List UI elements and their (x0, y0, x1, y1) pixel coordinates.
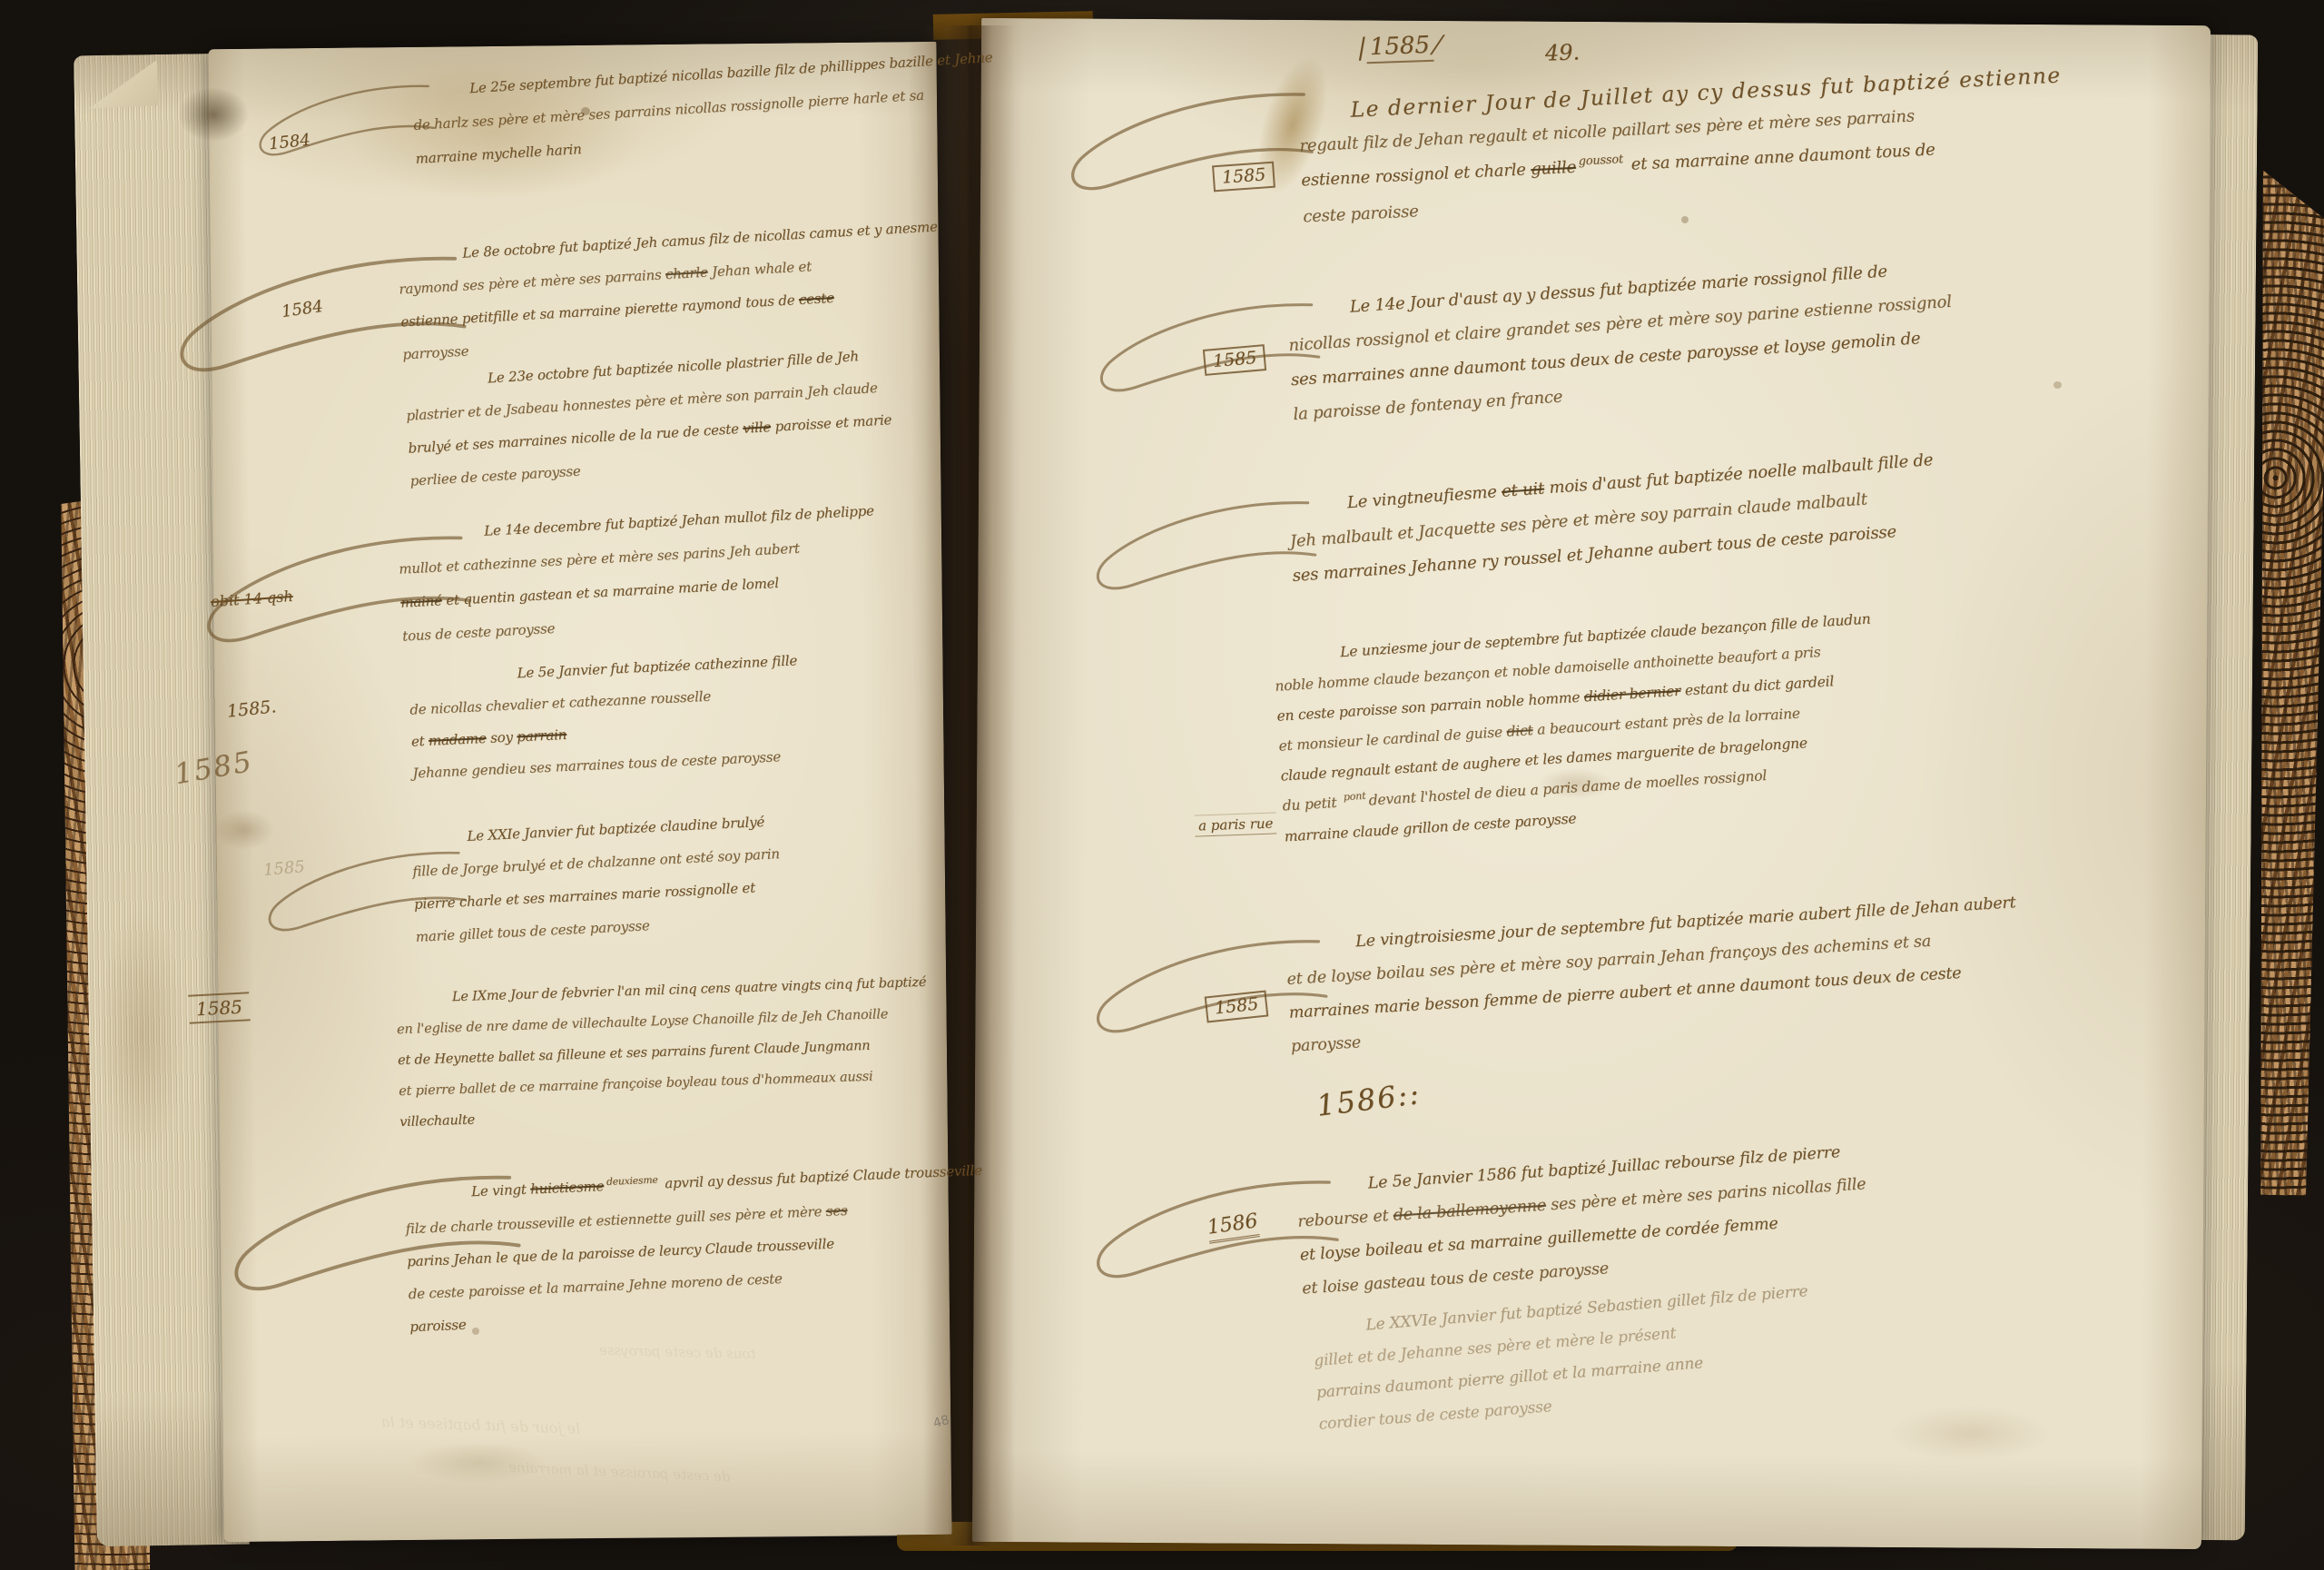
struck-text: ville (743, 419, 772, 437)
struck-text: et uit (1501, 479, 1544, 500)
margin-annotation: 1585 (1212, 162, 1275, 193)
folio-number-ink: 49. (1545, 39, 1581, 65)
interline-insert: deuxiesme (606, 1173, 658, 1187)
margin-annotation: a paris rue (1195, 812, 1277, 836)
struck-text: ses (825, 1202, 847, 1219)
struck-text: de la ballemoyenne (1393, 1197, 1547, 1225)
baptism-entry: Le IXme Jour de febvrier l'an mil cinq c… (395, 967, 931, 1138)
baptism-entry: Le 5e Janvier fut baptizée cathezinne fi… (408, 645, 803, 789)
struck-text: ceste (798, 290, 834, 308)
margin-annotation: 1585 (1203, 344, 1267, 376)
interline-insert: goussot (1578, 153, 1623, 168)
struck-text: madame (428, 730, 487, 749)
struck-text: dict (1506, 722, 1533, 740)
margin-annotation: 1585 (188, 992, 250, 1023)
margin-annotation: 1585 (262, 857, 305, 880)
struck-text: mainé (400, 592, 442, 610)
page-header-year: |1585/ (1358, 31, 1443, 61)
struck-text: didier bernier (1583, 683, 1680, 706)
header-year-text: 1585 (1365, 32, 1433, 64)
baptism-entry: Le XXIe Janvier fut baptizée claudine br… (410, 805, 783, 953)
baptism-entry: Le unziesme jour de septembre fut baptiz… (1272, 605, 1883, 853)
struck-text: charle (665, 264, 708, 283)
baptism-entry: Le 14e decembre fut baptizé Jehan mullot… (396, 494, 880, 653)
baptism-entry: Le vingt huictiesmedeuxiesme apvril ay d… (403, 1154, 988, 1344)
struck-text: parrain (517, 726, 567, 745)
struck-text: huictiesme (530, 1178, 605, 1197)
interline-insert: pont (1343, 790, 1366, 804)
struck-text: guille (1531, 158, 1577, 179)
manuscript-photo: |1585/ 49. 1586:: 48 Le 25e septembre fu… (0, 0, 2324, 1570)
